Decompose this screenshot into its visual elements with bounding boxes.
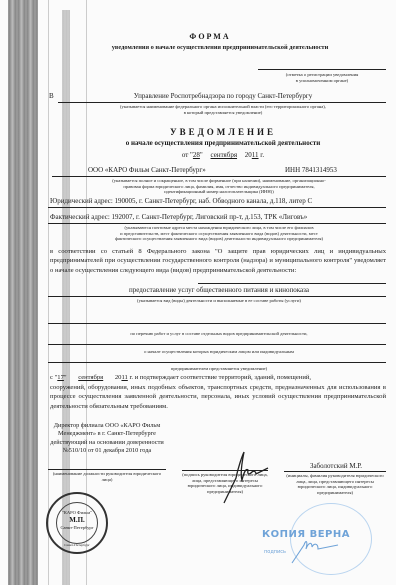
company-seal: "КАРО Фильм" М.П. Санкт-Петербург Санкт-…	[46, 492, 108, 554]
name-line	[284, 471, 386, 472]
address-hint: (указываются почтовые адреса места нахож…	[52, 225, 386, 242]
activity-text: предоставление услуг общественного питан…	[52, 286, 386, 295]
company-line	[52, 176, 386, 177]
activity-top-line	[198, 283, 386, 284]
legal-address: Юридический адрес: 190005, г. Санкт-Пете…	[50, 197, 390, 206]
notice-subtitle: о начале осуществления предпринимательск…	[60, 139, 386, 147]
signer-position: Директор филиала ООО «КАРО Фильм Менеджм…	[48, 422, 166, 456]
confirm-paragraph: сооружений, оборудования, иных подобных …	[50, 383, 386, 411]
position-hint: (наименование должности руководителя юри…	[48, 471, 166, 482]
signature-line	[182, 470, 268, 471]
notice-title: УВЕДОМЛЕНИЕ	[60, 127, 386, 137]
list-hint-3: предпринимателем представляется уведомле…	[52, 366, 386, 372]
signer-name: Заболотский М.Р.	[286, 462, 386, 471]
company-name: ООО «КАРО Фильм Санкт-Петербург»	[88, 166, 206, 175]
signature-hint: (подпись руководителя юридического лица,…	[180, 472, 270, 494]
blank-line-3	[48, 362, 386, 363]
registration-line	[258, 69, 386, 70]
copy-sign-label: подпись	[264, 549, 286, 555]
list-hint-1: по перечню работ и услуг в составе отдел…	[52, 331, 386, 337]
legal-address-line	[48, 207, 386, 208]
position-line	[48, 469, 166, 470]
name-hint: (инициалы, фамилия руководителя юридичес…	[284, 473, 386, 495]
recipient-prefix: В	[49, 92, 54, 101]
blank-line-1	[48, 323, 386, 324]
recipient-line	[58, 102, 386, 103]
activity-hint: (указывается вид (виды) деятельности и в…	[52, 298, 386, 304]
actual-address: Фактический адрес: 192007, г. Санкт-Пете…	[50, 213, 390, 222]
recipient-authority: Управление Роспотребнадзора по городу Са…	[60, 92, 386, 101]
form-title: ФОРМА	[150, 32, 270, 41]
company-hint: (указывается полное и сокращенное, в том…	[52, 178, 386, 195]
start-date-line: с "17" сентября 2011 г. и подтверждает с…	[50, 374, 390, 382]
notice-date: от "28" сентября 2011 г.	[60, 151, 386, 160]
actual-address-line	[48, 223, 386, 224]
registration-note: (отметка о регистрации уведомления в упо…	[258, 72, 386, 83]
company-inn: ИНН 7841314953	[285, 166, 337, 175]
form-subtitle: уведомления о начале осуществления предп…	[70, 44, 370, 51]
law-paragraph: в соответствии со статьей 8 Федерального…	[50, 247, 386, 275]
list-hint-2: о начале осуществления которых юридическ…	[52, 349, 386, 355]
recipient-hint: (указывается наименование федерального о…	[60, 104, 386, 115]
scan-edge-artifact	[8, 0, 38, 585]
scan-line	[48, 0, 49, 585]
blue-signature-icon	[290, 535, 350, 565]
blank-line-2	[48, 344, 386, 345]
activity-line	[48, 296, 386, 297]
